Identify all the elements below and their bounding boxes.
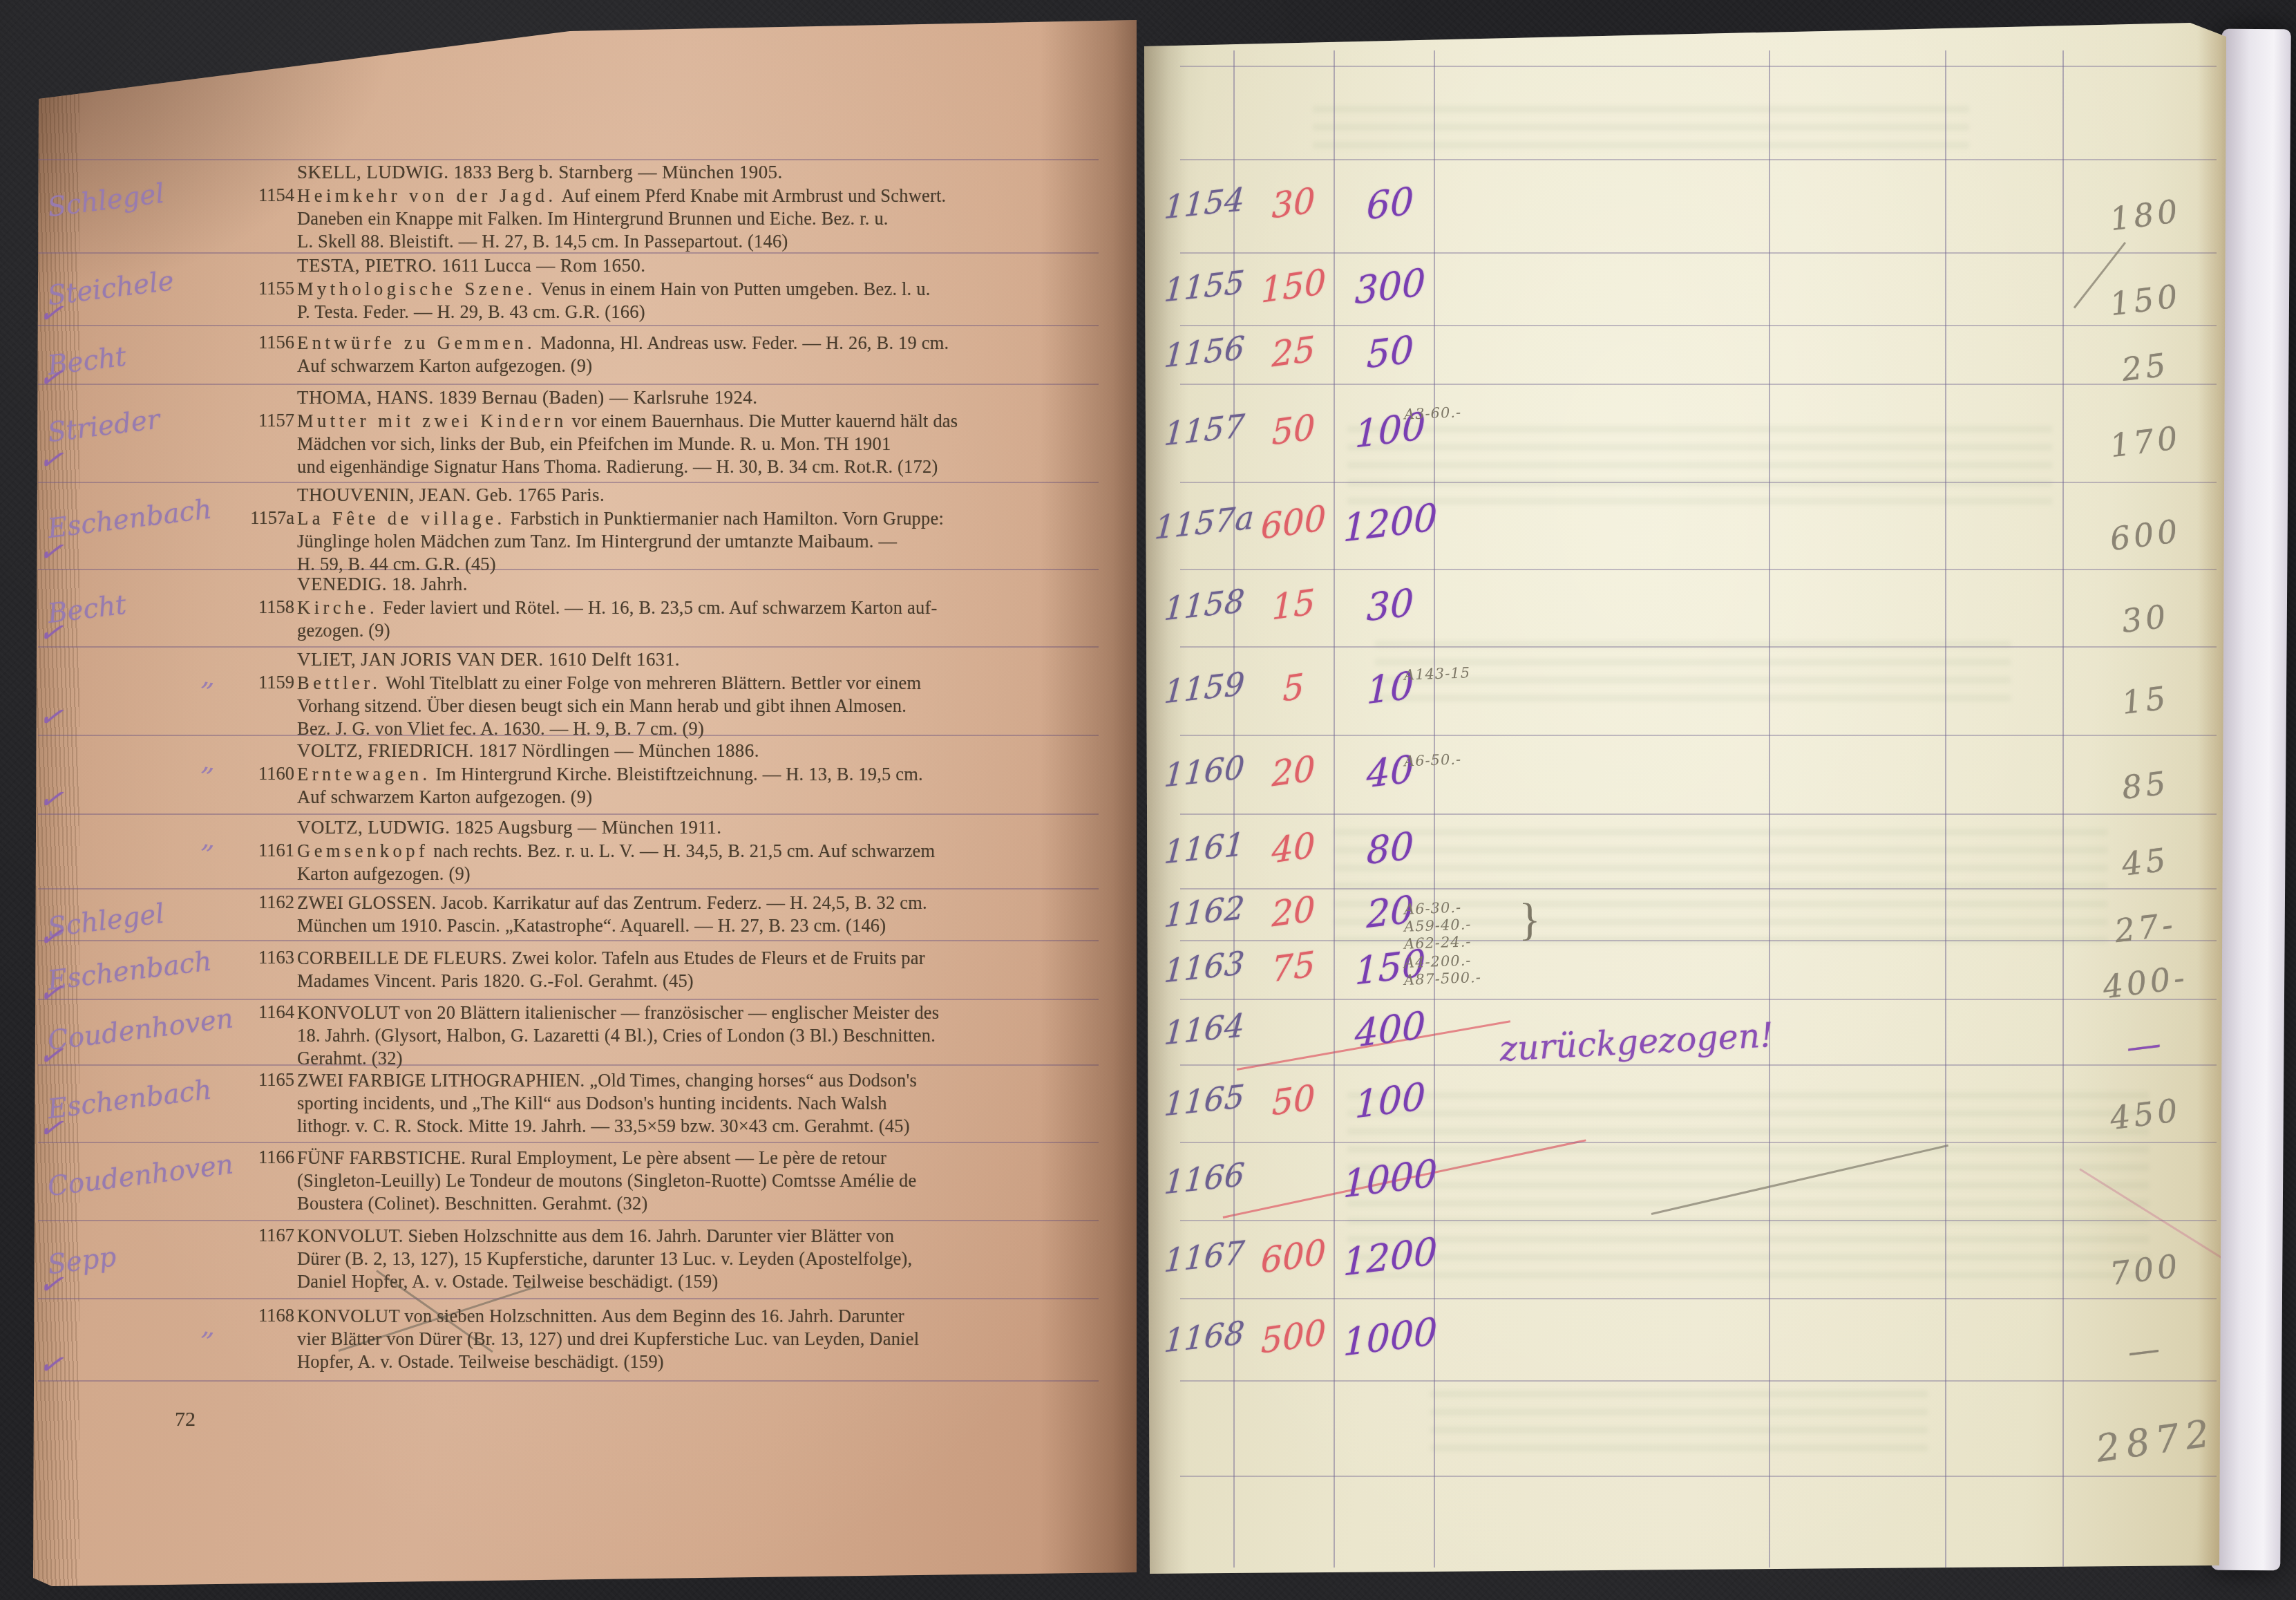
entry-body: KONVOLUT von 20 Blättern italienischer —… [297, 1001, 1074, 1070]
entry-body: Heimkehr von der Jagd. Auf einem Pferd K… [297, 185, 1074, 253]
margin-buyer-name: Becht [46, 326, 255, 382]
entry-text-line: lithogr. v. C. R. Stock. Mitte 19. Jahrh… [297, 1115, 1074, 1138]
ledger-row-line [1180, 569, 2217, 570]
check-mark: ✓ [37, 1346, 66, 1382]
entry-text-line: Bez. J. G. von Vliet fec. A. 1630. — H. … [297, 717, 1074, 740]
entry-title: Mythologische Szene. [297, 279, 536, 299]
ledger-estimate-value: 1000 [1335, 1308, 1445, 1365]
entry-heading: VENEDIG. 18. Jahrh. [297, 574, 468, 595]
entry-body: KONVOLUT von sieben Holzschnitten. Aus d… [297, 1305, 1074, 1373]
scanned-book-spread: 72 SKELL, LUDWIG. 1833 Berg b. Starnberg… [0, 0, 2296, 1600]
ledger-limit-value: 500 [1246, 1309, 1342, 1363]
entry-text-line: vier Blätter von Dürer (Br. 13, 127) und… [297, 1328, 1074, 1350]
entry-body: FÜNF FARBSTICHE. Rural Employment, Le pè… [297, 1147, 1074, 1215]
entry-title: Gemsenkopf [297, 840, 428, 861]
entry-separator-line [38, 325, 1099, 326]
entry-text-line: sporting incidents, und „The Kill“ aus D… [297, 1092, 1074, 1115]
ledger-row-line [1180, 999, 2217, 1000]
ledger-right-page: 2872 11543060180115515030015011562550251… [1140, 17, 2239, 1581]
ledger-result-value: 25 [2065, 339, 2227, 395]
entry-text: Wohl Titelblatt zu einer Folge von mehre… [386, 672, 921, 693]
entry-title: Entwürfe zu Gemmen. [297, 332, 535, 353]
ledger-pencil-note: A4-200.- [1404, 952, 1482, 972]
margin-buyer-name: Sepp [46, 1225, 255, 1281]
entry-text-line: München um 1910. Pascin. „Katastrophe“. … [297, 914, 1074, 937]
ledger-pencil-note: A143-15 [1404, 664, 1471, 684]
ledger-row-line [1180, 1220, 2217, 1221]
ledger-pencil-note: A3-60.- [1404, 404, 1462, 424]
check-mark: ✓ [37, 1109, 66, 1146]
entry-heading: VLIET, JAN JORIS VAN DER. 1610 Delft 163… [297, 649, 680, 670]
entry-title: Kirche. [297, 597, 378, 618]
entry-title: Erntewagen. [297, 764, 431, 784]
page-number: 72 [175, 1408, 196, 1431]
ledger-limit-value: 75 [1246, 939, 1342, 993]
margin-buyer-name: Schlegel [46, 887, 255, 943]
entry-body: La Fête de village. Farbstich in Punktie… [297, 507, 1074, 576]
entry-separator-line [38, 482, 1099, 483]
entry-heading: THOMA, HANS. 1839 Bernau (Baden) — Karls… [297, 387, 757, 408]
entry-text-line: Mutter mit zwei Kindern vor einem Bauern… [297, 410, 1074, 433]
entry-text-line: KONVOLUT. Sieben Holzschnitte aus dem 16… [297, 1225, 1074, 1248]
check-mark: ✓ [37, 698, 66, 735]
entry-text: Madonna, Hl. Andreas usw. Feder. — H. 26… [540, 332, 949, 353]
entry-text-line: Madames Vincent. Paris 1820. G.-Fol. Ger… [297, 970, 1074, 992]
margin-buyer-name: Becht [46, 574, 255, 630]
entry-text-line: Hopfer, A. v. Ostade. Teilweise beschädi… [297, 1350, 1074, 1373]
ledger-limit-value: 30 [1246, 176, 1342, 229]
ledger-row-line [1180, 159, 2217, 160]
margin-buyer-name: Eschenbach [46, 1069, 255, 1125]
ledger-result-value: 30 [2065, 590, 2227, 647]
check-mark: ✓ [37, 532, 66, 569]
entry-text-line: La Fête de village. Farbstich in Punktie… [297, 507, 1074, 530]
entry-title: La Fête de village. [297, 508, 506, 529]
ledger-row-line [1180, 1298, 2217, 1299]
ledger-limit-value: 20 [1246, 744, 1342, 798]
entry-body: KONVOLUT. Sieben Holzschnitte aus dem 16… [297, 1225, 1074, 1293]
check-mark: ✓ [37, 1037, 66, 1073]
ledger-result-value: — [2065, 1321, 2227, 1378]
entry-text-line: Karton aufgezogen. (9) [297, 863, 1074, 885]
ledger-row-line [1180, 1064, 2217, 1066]
entry-text-line: FÜNF FARBSTICHE. Rural Employment, Le pè… [297, 1147, 1074, 1169]
ledger-column-line [1769, 50, 1770, 1568]
entry-text-line: Daniel Hopfer, A. v. Ostade. Teilweise b… [297, 1270, 1074, 1293]
ledger-pencil-note: A59-40.- [1404, 916, 1472, 935]
ledger-limit-value: 40 [1246, 821, 1342, 875]
entry-separator-line [38, 1298, 1099, 1299]
margin-buyer-name: Eschenbach [46, 489, 255, 545]
entry-separator-line [38, 1380, 1099, 1382]
entry-text-line: 18. Jahrh. (Glysort, Halbon, G. Lazarett… [297, 1024, 1074, 1047]
ledger-lot-number: 1166 [1151, 1154, 1257, 1202]
ledger-estimate-value: 30 [1335, 576, 1445, 634]
entry-title: Heimkehr von der Jagd. [297, 185, 557, 206]
entry-body: Bettler. Wohl Titelblatt zu einer Folge … [297, 672, 1074, 740]
ledger-lot-number: 1157a [1151, 498, 1257, 547]
margin-buyer-name: Coudenhoven [46, 1147, 255, 1203]
check-mark: ✓ [37, 441, 66, 478]
ledger-note-block: A4-200.-A87-500.- [1140, 953, 1217, 988]
ledger-limit-value: 15 [1246, 578, 1342, 632]
ledger-column-line [2062, 50, 2064, 1568]
entry-text-line: Erntewagen. Im Hintergrund Kirche. Bleis… [297, 763, 1074, 786]
ledger-lot-number: 1164 [1151, 1004, 1257, 1053]
entry-text: Auf einem Pferd Knabe mit Armbrust und S… [561, 185, 946, 206]
ledger-lot-number: 1158 [1151, 581, 1257, 629]
entry-text-line: ZWEI GLOSSEN. Jacob. Karrikatur auf das … [297, 892, 1074, 914]
ledger-note-block: A3-60.- [1140, 405, 1197, 422]
entry-body: Gemsenkopf nach rechts. Bez. r. u. L. V.… [297, 840, 1074, 885]
entry-text: Im Hintergrund Kirche. Bleistiftzeichnun… [436, 764, 923, 784]
entry-heading: THOUVENIN, JEAN. Geb. 1765 Paris. [297, 484, 605, 506]
entry-separator-line [38, 1142, 1099, 1143]
check-mark: ✓ [37, 359, 66, 395]
ledger-estimate-value: 400 [1335, 1000, 1445, 1057]
entry-text-line: Auf schwarzem Karton aufgezogen. (9) [297, 355, 1074, 377]
entry-text-line: und eigenhändige Signatur Hans Thoma. Ra… [297, 455, 1074, 478]
ledger-result-value: 400- [2065, 954, 2227, 1010]
margin-buyer-name: Eschenbach [46, 941, 255, 997]
ledger-note-block: A143-15 [1140, 666, 1206, 683]
entry-heading: TESTA, PIETRO. 1611 Lucca — Rom 1650. [297, 255, 645, 276]
ledger-row-line [1180, 813, 2217, 815]
entry-body: Erntewagen. Im Hintergrund Kirche. Bleis… [297, 763, 1074, 809]
entry-separator-line [38, 813, 1099, 815]
entry-separator-line [38, 1220, 1099, 1221]
ledger-lot-number: 1156 [1151, 327, 1257, 375]
entry-lot-number: 1161 [234, 840, 294, 861]
entry-text-line: H. 59, B. 44 cm. G.R. (45) [297, 553, 1074, 576]
ledger-note-brace: } [1519, 894, 1541, 946]
ledger-row-line [1180, 66, 2217, 67]
bleed-through [1313, 100, 1969, 149]
entry-heading: VOLTZ, LUDWIG. 1825 Augsburg — München 1… [297, 817, 721, 838]
ledger-estimate-value: 50 [1335, 323, 1445, 380]
entry-text-line: gezogen. (9) [297, 619, 1074, 642]
ledger-row-line [1180, 482, 2217, 483]
margin-ditto-mark: ” [197, 1326, 216, 1359]
catalog-left-page: 72 SKELL, LUDWIG. 1833 Berg b. Starnberg… [14, 10, 1137, 1590]
entry-separator-line [38, 999, 1099, 1000]
ledger-row-line [1180, 384, 2217, 385]
margin-buyer-name: Strieder [46, 393, 255, 449]
entry-separator-line [38, 384, 1099, 385]
ledger-limit-value: 50 [1246, 1073, 1342, 1127]
ledger-row-line [1180, 1476, 2217, 1477]
ledger-result-value: 85 [2065, 757, 2227, 813]
entry-text-line: KONVOLUT von sieben Holzschnitten. Aus d… [297, 1305, 1074, 1328]
ledger-pencil-note: A6-30.- [1404, 898, 1472, 918]
entry-separator-line [38, 940, 1099, 941]
entry-body: Entwürfe zu Gemmen. Madonna, Hl. Andreas… [297, 332, 1074, 377]
entry-text-line: CORBEILLE DE FLEURS. Zwei kolor. Tafeln … [297, 947, 1074, 970]
ledger-pencil-note: A6-50.- [1404, 751, 1462, 771]
entry-text: Venus in einem Hain von Putten umgeben. … [540, 279, 930, 299]
ledger-row-line [1180, 735, 2217, 736]
ledger-withdrawn-note: zurückgezogen! [1499, 1005, 1970, 1069]
bleed-through [1347, 1092, 2149, 1279]
check-mark: ✓ [37, 294, 66, 331]
entry-text-line: L. Skell 88. Bleistift. — H. 27, B. 14,5… [297, 230, 1074, 253]
entry-text: vor einem Bauernhaus. Die Mutter kauernd… [572, 411, 958, 431]
bleed-through [1430, 1389, 1928, 1451]
ledger-row-line [1180, 646, 2217, 648]
ledger-limit-value: 25 [1246, 324, 1342, 378]
ledger-estimate-value: 60 [1335, 174, 1445, 232]
ledger-row-line [1180, 1142, 2217, 1143]
margin-buyer-name: Coudenhoven [46, 1001, 255, 1057]
entry-text-line: Heimkehr von der Jagd. Auf einem Pferd K… [297, 185, 1074, 207]
ledger-estimate-value: 300 [1335, 257, 1445, 314]
entry-text-line: Dürer (B. 2, 13, 127), 15 Kupferstiche, … [297, 1248, 1074, 1270]
bleed-through [1347, 415, 2052, 505]
ledger-pencil-note: A87-500.- [1404, 969, 1482, 989]
ledger-limit-value: 150 [1246, 258, 1342, 312]
ledger-note-block: A6-30.-A59-40.-A62-24.- [1140, 900, 1207, 952]
entry-text-line: (Singleton-Leuilly) Le Tondeur de mouton… [297, 1169, 1074, 1192]
check-mark: ✓ [37, 918, 66, 954]
ledger-result-value: 600 [2065, 507, 2227, 564]
entry-text-line: Entwürfe zu Gemmen. Madonna, Hl. Andreas… [297, 332, 1074, 355]
margin-ditto-mark: ” [197, 677, 216, 710]
ledger-limit-value: 50 [1246, 403, 1342, 457]
entry-lot-number: 1159 [234, 672, 294, 693]
entry-text-line: Mädchen vor sich, links der Bub, ein Pfe… [297, 433, 1074, 455]
ledger-limit-value: 600 [1246, 496, 1342, 549]
entry-text: Farbstich in Punktiermanier nach Hamilto… [511, 508, 945, 529]
ledger-lot-number: 1155 [1151, 261, 1257, 310]
margin-ditto-mark: ” [197, 839, 216, 872]
entry-text-line: Jünglinge holen Mädchen zum Tanz. Im Hin… [297, 530, 1074, 553]
check-mark: ✓ [37, 780, 66, 817]
ledger-result-value: 150 [2065, 272, 2227, 328]
entry-body: Kirche. Feder laviert und Rötel. — H. 16… [297, 596, 1074, 642]
entry-heading: VOLTZ, FRIEDRICH. 1817 Nördlingen — Münc… [297, 740, 759, 762]
bleed-through [1375, 632, 2011, 702]
ledger-column-line [1945, 50, 1946, 1568]
ledger-lot-number: 1167 [1151, 1232, 1257, 1280]
ledger-limit-value: 600 [1246, 1229, 1342, 1283]
entry-lot-number: 1160 [234, 763, 294, 784]
ledger-lot-number: 1165 [1151, 1076, 1257, 1124]
entry-text-line: Boustera (Colinet). Beschnitten. Gerahmt… [297, 1192, 1074, 1215]
entry-title: Mutter mit zwei Kindern [297, 411, 567, 431]
entry-text-line: Bettler. Wohl Titelblatt zu einer Folge … [297, 672, 1074, 695]
ledger-limit-value: 20 [1246, 884, 1342, 938]
check-mark: ✓ [37, 614, 66, 650]
ledger-lot-number: 1168 [1151, 1312, 1257, 1360]
ledger-note-block: A6-50.- [1140, 752, 1197, 769]
entry-text-line: Mythologische Szene. Venus in einem Hain… [297, 278, 1074, 301]
entry-heading: SKELL, LUDWIG. 1833 Berg b. Starnberg — … [297, 162, 783, 183]
entry-text: nach rechts. Bez. r. u. L. V. — H. 34,5,… [433, 840, 935, 861]
entry-body: Mutter mit zwei Kindern vor einem Bauern… [297, 410, 1074, 478]
check-mark: ✓ [37, 1265, 66, 1302]
entry-text-line: Auf schwarzem Karton aufgezogen. (9) [297, 786, 1074, 809]
entry-body: Mythologische Szene. Venus in einem Hain… [297, 278, 1074, 323]
entry-body: ZWEI GLOSSEN. Jacob. Karrikatur auf das … [297, 892, 1074, 937]
entry-text-line: Gemsenkopf nach rechts. Bez. r. u. L. V.… [297, 840, 1074, 863]
check-mark: ✓ [37, 974, 66, 1010]
entry-text-line: Daneben ein Knappe mit Falken. Im Hinter… [297, 207, 1074, 230]
ledger-lot-number: 1154 [1151, 178, 1257, 227]
entry-text-line: Kirche. Feder laviert und Rötel. — H. 16… [297, 596, 1074, 619]
entry-lot-number: 1168 [234, 1305, 294, 1326]
ledger-result-value: 170 [2065, 413, 2227, 470]
ledger-result-value: 180 [2065, 187, 2227, 243]
margin-ditto-mark: ” [197, 762, 216, 795]
ledger-row-line [1180, 252, 2217, 254]
entry-body: CORBEILLE DE FLEURS. Zwei kolor. Tafeln … [297, 947, 1074, 992]
entry-text-line: KONVOLUT von 20 Blättern italienischer —… [297, 1001, 1074, 1024]
entry-text-line: ZWEI FARBIGE LITHOGRAPHIEN. „Old Times, … [297, 1069, 1074, 1092]
ledger-lot-number: 1161 [1151, 824, 1257, 872]
ledger-limit-value: 5 [1246, 661, 1342, 715]
entry-text-line: Vorhang sitzend. Über diesen beugt sich … [297, 695, 1074, 717]
entry-separator-line [38, 646, 1099, 648]
entry-text: Feder laviert und Rötel. — H. 16, B. 23,… [383, 597, 937, 618]
entry-separator-line [38, 159, 1099, 160]
entry-separator-line [38, 888, 1099, 890]
entry-body: ZWEI FARBIGE LITHOGRAPHIEN. „Old Times, … [297, 1069, 1074, 1138]
ledger-row-line [1180, 1380, 2217, 1382]
ledger-result-value: 15 [2065, 672, 2227, 728]
entry-title: Bettler. [297, 672, 381, 693]
entry-text-line: P. Testa. Feder. — H. 29, B. 43 cm. G.R.… [297, 301, 1074, 323]
entry-text-line: Gerahmt. (32) [297, 1047, 1074, 1070]
